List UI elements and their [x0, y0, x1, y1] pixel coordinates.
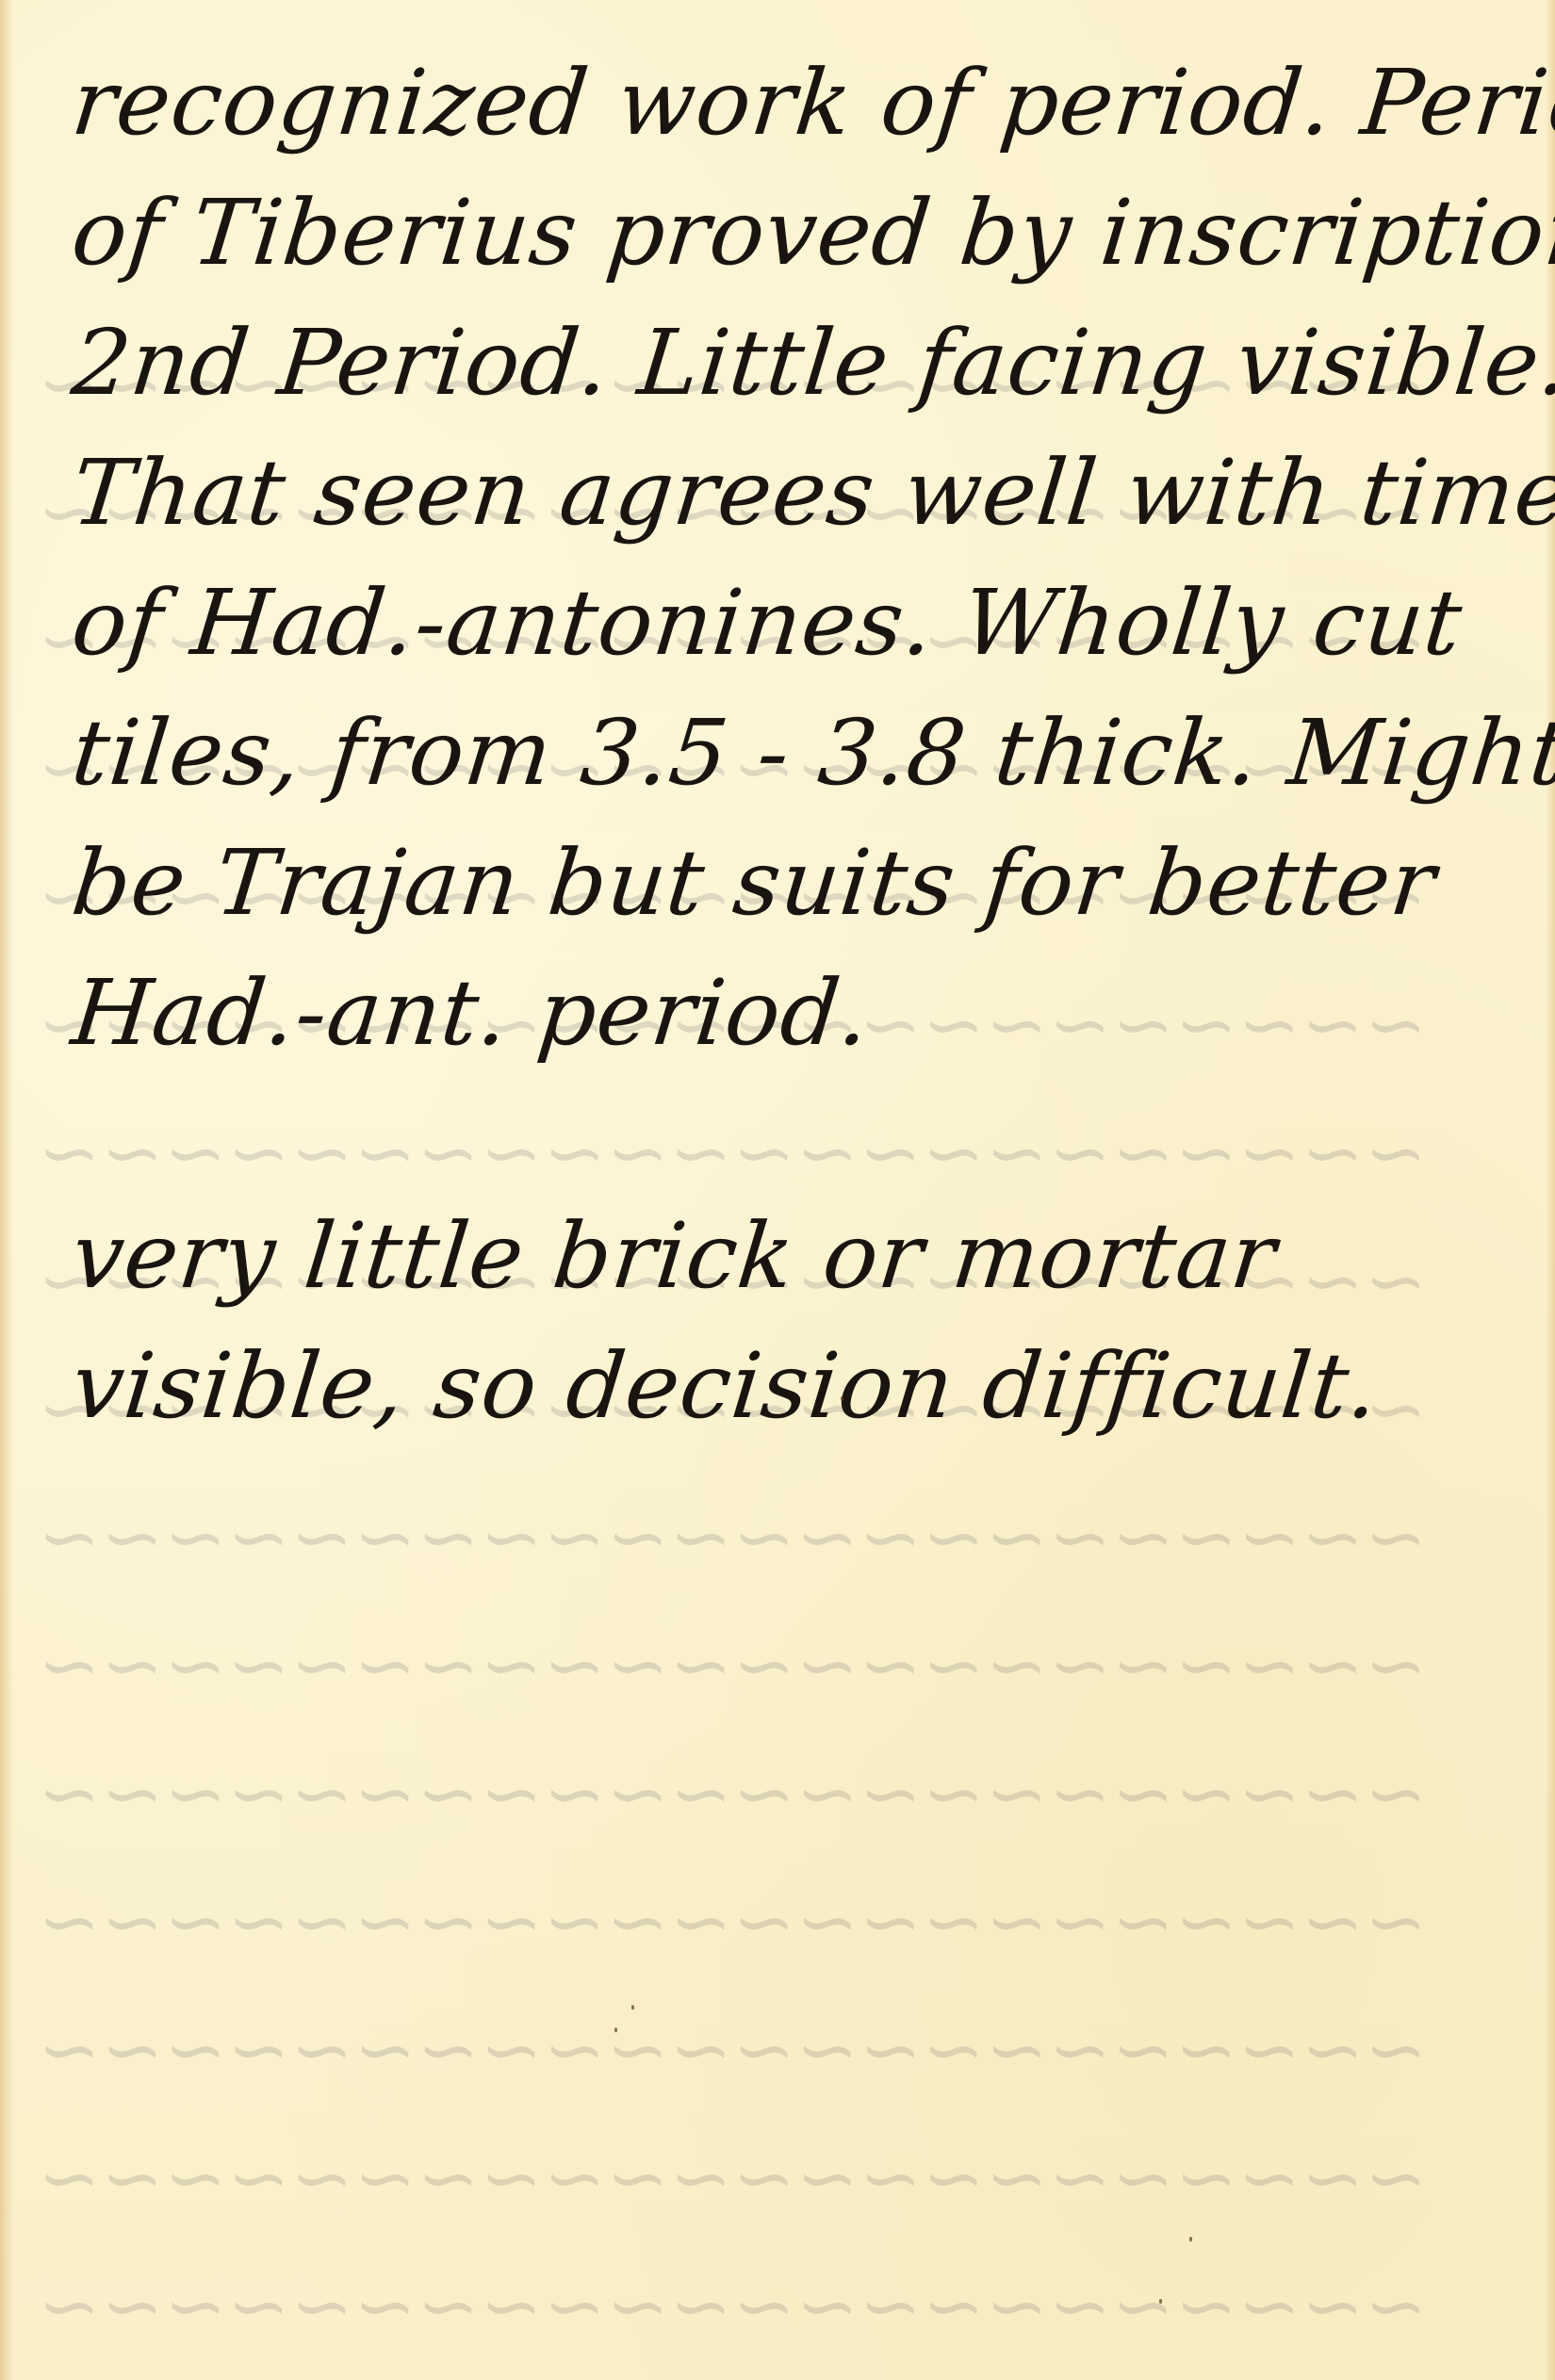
blank-line [66, 1078, 1548, 1191]
text-line: of Had.-antonines. Wholly cut [66, 558, 1550, 688]
paper-speck [614, 2028, 617, 2032]
text-line: recognized work of period. Period [66, 38, 1550, 168]
text-line: Had.-ant. period. [66, 948, 1550, 1078]
paper-speck [1159, 2299, 1162, 2304]
bleed-line: ~~~~~~~~~~~~~~~~~~~~~~ [31, 1602, 1533, 1730]
text-line: very little brick or mortar [66, 1191, 1550, 1321]
text-line: be Trajan but suits for better [66, 818, 1550, 948]
text-line: visible, so decision difficult. [66, 1321, 1550, 1451]
bleed-line: ~~~~~~~~~~~~~~~~~~~~~~ [31, 1474, 1533, 1602]
bleed-line: ~~~~~~~~~~~~~~~~~~~~~~ [31, 1986, 1533, 2114]
bleed-line: ~~~~~~~~~~~~~~~~~~~~~~ [31, 1730, 1533, 1858]
handwritten-text: recognized work of period. Period of Tib… [66, 38, 1536, 1451]
bleed-line: ~~~~~~~~~~~~~~~~~~~~~~ [31, 2114, 1533, 2242]
paper-speck [631, 2005, 634, 2010]
paper-speck [841, 1396, 843, 1401]
text-line: of Tiberius proved by inscription. [66, 168, 1550, 298]
text-line: That seen agrees well with time [66, 428, 1550, 558]
paper-speck [1189, 2237, 1192, 2241]
text-line: 2nd Period. Little facing visible. [66, 298, 1550, 428]
text-line: tiles, from 3.5 - 3.8 thick. Might [66, 688, 1550, 818]
bleed-line: ~~~~~~~~~~~~~~~~~~~~~~ [31, 1858, 1533, 1986]
bleed-line: ~~~~~~~~~~~~~~~~~~~~~~ [31, 2242, 1533, 2371]
manuscript-page: ~~~~~~~~~~~~~~~~~~~~~~ ~~~~~~~~~~~~~~~~~… [0, 0, 1555, 2380]
paper-edge-left [0, 0, 13, 2380]
